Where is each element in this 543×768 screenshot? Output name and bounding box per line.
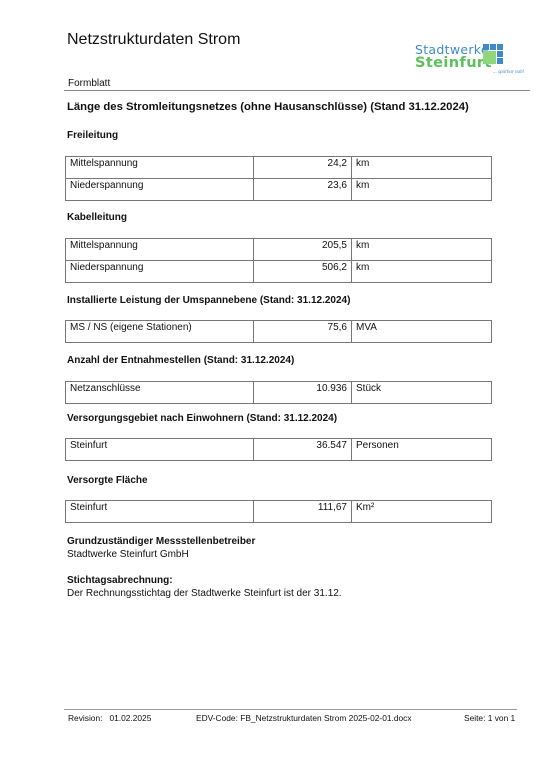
row-unit: km [352, 179, 492, 201]
revision-label: Revision: [68, 713, 102, 723]
table-row: Niederspannung 23,6 km [66, 179, 492, 201]
table-row: Mittelspannung 24,2 km [66, 157, 492, 179]
section-heading: Versorgungsgebiet nach Einwohnern (Stand… [67, 413, 337, 424]
row-value: 205,5 [254, 239, 352, 261]
billing-heading: Stichtagsabrechnung: [67, 575, 173, 586]
row-unit: Stück [352, 382, 492, 404]
data-table-entnahmestellen: Netzanschlüsse 10.936 Stück [65, 381, 492, 404]
row-label: MS / NS (eigene Stationen) [66, 321, 254, 343]
footer-revision: Revision: 01.02.2025 [68, 713, 151, 723]
document-title: Netzstrukturdaten Strom [67, 31, 240, 49]
operator-heading: Grundzuständiger Messstellenbetreiber [67, 536, 255, 547]
section-heading: Kabelleitung [67, 212, 127, 223]
row-label: Niederspannung [66, 261, 254, 283]
row-label: Netzanschlüsse [66, 382, 254, 404]
main-heading: Länge des Stromleitungsnetzes (ohne Haus… [67, 101, 469, 113]
row-unit: km [352, 239, 492, 261]
data-table-flaeche: Steinfurt 111,67 Km² [65, 500, 492, 523]
table-row: MS / NS (eigene Stationen) 75,6 MVA [66, 321, 492, 343]
row-label: Steinfurt [66, 501, 254, 523]
footer-page-number: Seite: 1 von 1 [464, 713, 515, 723]
section-heading: Versorgte Fläche [67, 475, 148, 486]
row-unit: MVA [352, 321, 492, 343]
row-label: Niederspannung [66, 179, 254, 201]
data-table-freileitung: Mittelspannung 24,2 km Niederspannung 23… [65, 156, 492, 201]
footer-divider [64, 709, 517, 710]
data-table-kabelleitung: Mittelspannung 205,5 km Niederspannung 5… [65, 238, 492, 283]
row-value: 506,2 [254, 261, 352, 283]
billing-text: Der Rechnungsstichtag der Stadtwerke Ste… [67, 588, 342, 599]
table-row: Steinfurt 111,67 Km² [66, 501, 492, 523]
data-table-umspannebene: MS / NS (eigene Stationen) 75,6 MVA [65, 320, 492, 343]
section-heading: Anzahl der Entnahmestellen (Stand: 31.12… [67, 355, 294, 366]
row-unit: km [352, 261, 492, 283]
form-type-label: Formblatt [68, 78, 110, 89]
table-row: Steinfurt 36.547 Personen [66, 439, 492, 461]
row-unit: km [352, 157, 492, 179]
logo-line2: Steinfurt [415, 55, 492, 71]
row-value: 23,6 [254, 179, 352, 201]
row-label: Mittelspannung [66, 239, 254, 261]
table-row: Mittelspannung 205,5 km [66, 239, 492, 261]
row-value: 75,6 [254, 321, 352, 343]
section-heading: Installierte Leistung der Umspannebene (… [67, 295, 350, 306]
section-heading: Freileitung [67, 130, 118, 141]
logo-tagline: ... spürbar nah! [493, 70, 524, 75]
row-value: 10.936 [254, 382, 352, 404]
header-divider [64, 90, 530, 91]
row-value: 24,2 [254, 157, 352, 179]
revision-date: 01.02.2025 [109, 713, 151, 723]
footer-edv-code: EDV-Code: FB_Netzstrukturdaten Strom 202… [196, 713, 412, 723]
table-row: Netzanschlüsse 10.936 Stück [66, 382, 492, 404]
operator-text: Stadtwerke Steinfurt GmbH [67, 549, 189, 560]
data-table-einwohner: Steinfurt 36.547 Personen [65, 438, 492, 461]
row-label: Steinfurt [66, 439, 254, 461]
row-unit: Personen [352, 439, 492, 461]
row-unit: Km² [352, 501, 492, 523]
row-value: 36.547 [254, 439, 352, 461]
row-label: Mittelspannung [66, 157, 254, 179]
stadtwerke-logo: Stadtwerke Steinfurt ... spürbar nah! [415, 42, 525, 82]
table-row: Niederspannung 506,2 km [66, 261, 492, 283]
row-value: 111,67 [254, 501, 352, 523]
logo-squares-icon [483, 44, 505, 66]
